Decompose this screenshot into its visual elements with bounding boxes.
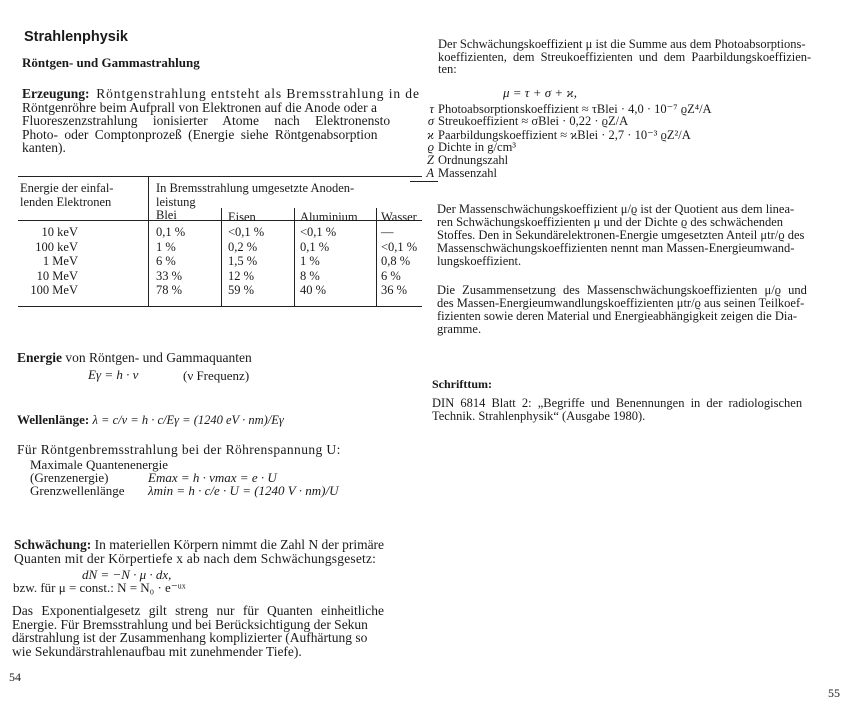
legend-symbol: A [420, 166, 434, 181]
page-title: Strahlenphysik [24, 29, 128, 45]
legend-row: AMassenzahl [420, 166, 497, 181]
column-header-wasser: Wasser [381, 211, 417, 225]
table-row-energy: 10 MeV [18, 270, 78, 284]
zusammensetzung-paragraph: Die Zusammensetzung des Massenschwächung… [437, 284, 852, 336]
header-text: leistung [156, 196, 354, 210]
exponential-paragraph: Das Exponentialgesetz gilt streng nur fü… [12, 604, 384, 658]
table-cell: 78 % [156, 284, 182, 298]
header-energy: Energie der einfal- lenden Elektronen [20, 182, 113, 209]
schrifttum-label: Schrifttum: [432, 378, 492, 391]
bremsstrahlung-block: Maximale Quantenenergie (Grenzenergie) E… [30, 458, 168, 497]
table-cell: 40 % [300, 284, 326, 298]
schwaechung-line: In materiellen Körpern nimmt die Zahl N … [95, 537, 384, 552]
erzeugung-line: Röntgenröhre beim Aufprall von Elektrone… [22, 101, 442, 115]
table-cell: 6 % [381, 270, 401, 284]
grenzwellenlaenge-label: Grenzwellenlänge [30, 483, 125, 498]
bremsstrahlung-intro: Für Röntgenbremsstrahlung bei der Röhren… [17, 442, 341, 458]
reference-line: Technik. Strahlenphysik“ (Ausgabe 1980). [432, 410, 802, 423]
erzeugung-line: kanten). [22, 141, 442, 155]
table-cell: 1 % [156, 241, 176, 255]
intro-line: Der Schwächungskoeffizient μ ist die Sum… [438, 38, 853, 51]
table-cell: 6 % [156, 255, 176, 269]
legend-text: Ordnungszahl [438, 153, 508, 167]
wellenlaenge-label: Wellenlänge: [17, 412, 89, 427]
grenzwellenlaenge-formula: λmin = h · c/e · U = (1240 V · nm)/U [148, 484, 338, 497]
table-row-energy: 100 keV [18, 241, 78, 255]
table-cell: 0,1 % [156, 226, 185, 240]
column-header-aluminium: Aluminium [300, 211, 358, 225]
wellenlaenge-formula: λ = c/ν = h · c/Eγ = (1240 eV · nm)/Eγ [92, 413, 283, 427]
erzeugung-line: Fluoreszenzstrahlung ionisierter Atome n… [22, 114, 442, 128]
erzeugung-label: Erzeugung: [22, 86, 90, 101]
header-group: In Bremsstrahlung umgesetzte Anoden- lei… [156, 182, 354, 209]
schwaechung-formula-const: bzw. für μ = const.: N = N₀ · e⁻ᵘˣ [13, 580, 186, 596]
schwaechung-label: Schwächung: [14, 537, 91, 552]
column-header-eisen: Eisen [228, 211, 256, 225]
table-cell: 0,1 % [300, 241, 329, 255]
table-cell: <0,1 % [228, 226, 264, 240]
table-cell: 0,2 % [228, 241, 257, 255]
massenschwaechung-paragraph: Der Massenschwächungskoeffizient μ/ϱ ist… [437, 203, 852, 268]
schwaechungskoeffizient-paragraph: Der Schwächungskoeffizient μ ist die Sum… [438, 38, 853, 76]
table-row-energy: 100 MeV [18, 284, 78, 298]
page-number-right: 55 [828, 686, 840, 701]
sum-formula: μ = τ + σ + ϰ, [503, 87, 577, 100]
table-cell: 12 % [228, 270, 254, 284]
table-row-energy: 1 MeV [18, 255, 78, 269]
header-text: lenden Elektronen [20, 196, 113, 210]
zusammen-line: fizienten sowie deren Material und Energ… [437, 310, 852, 323]
wellenlaenge-line: Wellenlänge: λ = c/ν = h · c/Eγ = (1240 … [17, 412, 284, 428]
table-cell: 8 % [300, 270, 320, 284]
energie-note: (ν Frequenz) [183, 368, 249, 384]
exponential-line: Das Exponentialgesetz gilt streng nur fü… [12, 604, 384, 618]
table-cell: 33 % [156, 270, 182, 284]
intro-line: ten: [438, 63, 853, 76]
intro-line: koeffizienten, dem Streukoeffizienten un… [438, 51, 853, 64]
column-header-blei: Blei [156, 209, 177, 223]
legend-text: Massenzahl [438, 166, 497, 180]
page-number-left: 54 [9, 670, 21, 685]
erzeugung-line: Röntgenstrahlung entsteht als Bremsstrah… [96, 86, 420, 101]
table-cell: <0,1 % [300, 226, 336, 240]
exponential-line: Energie. Für Bremsstrahlung und bei Berü… [12, 618, 384, 632]
reference-line: DIN 6814 Blatt 2: „Begriffe und Benennun… [432, 397, 802, 410]
table-cell: <0,1 % [381, 241, 417, 255]
table-cell: 36 % [381, 284, 407, 298]
energie-label: Energie [17, 350, 62, 365]
table-cell: — [381, 226, 394, 240]
exponential-line: därstrahlung ist der Zusammenhang kompli… [12, 631, 384, 645]
massen-line: lungskoeffizient. [437, 255, 852, 268]
energie-line: Energie von Röntgen- und Gammaquanten [17, 350, 252, 366]
exponential-line: wie Sekundärstrahlenaufbau mit zunehmend… [12, 645, 384, 659]
table-row-energy: 10 keV [18, 226, 78, 240]
schwaechung-paragraph: Schwächung: In materiellen Körpern nimmt… [14, 538, 384, 566]
erzeugung-line: Photo- oder Comptonprozeß (Energie siehe… [22, 128, 442, 142]
header-text: Energie der einfal- [20, 182, 113, 196]
energie-text: von Röntgen- und Gammaquanten [62, 350, 252, 365]
section-heading: Röntgen- und Gammastrahlung [22, 55, 200, 71]
table-cell: 1,5 % [228, 255, 257, 269]
schwaechung-line: Quanten mit der Körpertiefe x ab nach de… [14, 552, 384, 566]
schrifttum-reference: DIN 6814 Blatt 2: „Begriffe und Benennun… [432, 397, 802, 422]
zusammen-line: gramme. [437, 323, 852, 336]
legend-text: Dichte in g/cm³ [438, 140, 516, 154]
erzeugung-paragraph: Erzeugung: Röntgenstrahlung entsteht als… [22, 87, 442, 155]
table-cell: 0,8 % [381, 255, 410, 269]
legend-text: Streukoeffizient ≈ σBlei · 0,22 · ϱZ/A [438, 114, 628, 128]
legend-rule [410, 181, 438, 182]
energie-formula: Eγ = h · ν [88, 367, 138, 383]
bremsstrahlung-table: Energie der einfal- lenden Elektronen In… [18, 176, 438, 311]
table-cell: 1 % [300, 255, 320, 269]
table-cell: 59 % [228, 284, 254, 298]
header-text: In Bremsstrahlung umgesetzte Anoden- [156, 182, 354, 196]
